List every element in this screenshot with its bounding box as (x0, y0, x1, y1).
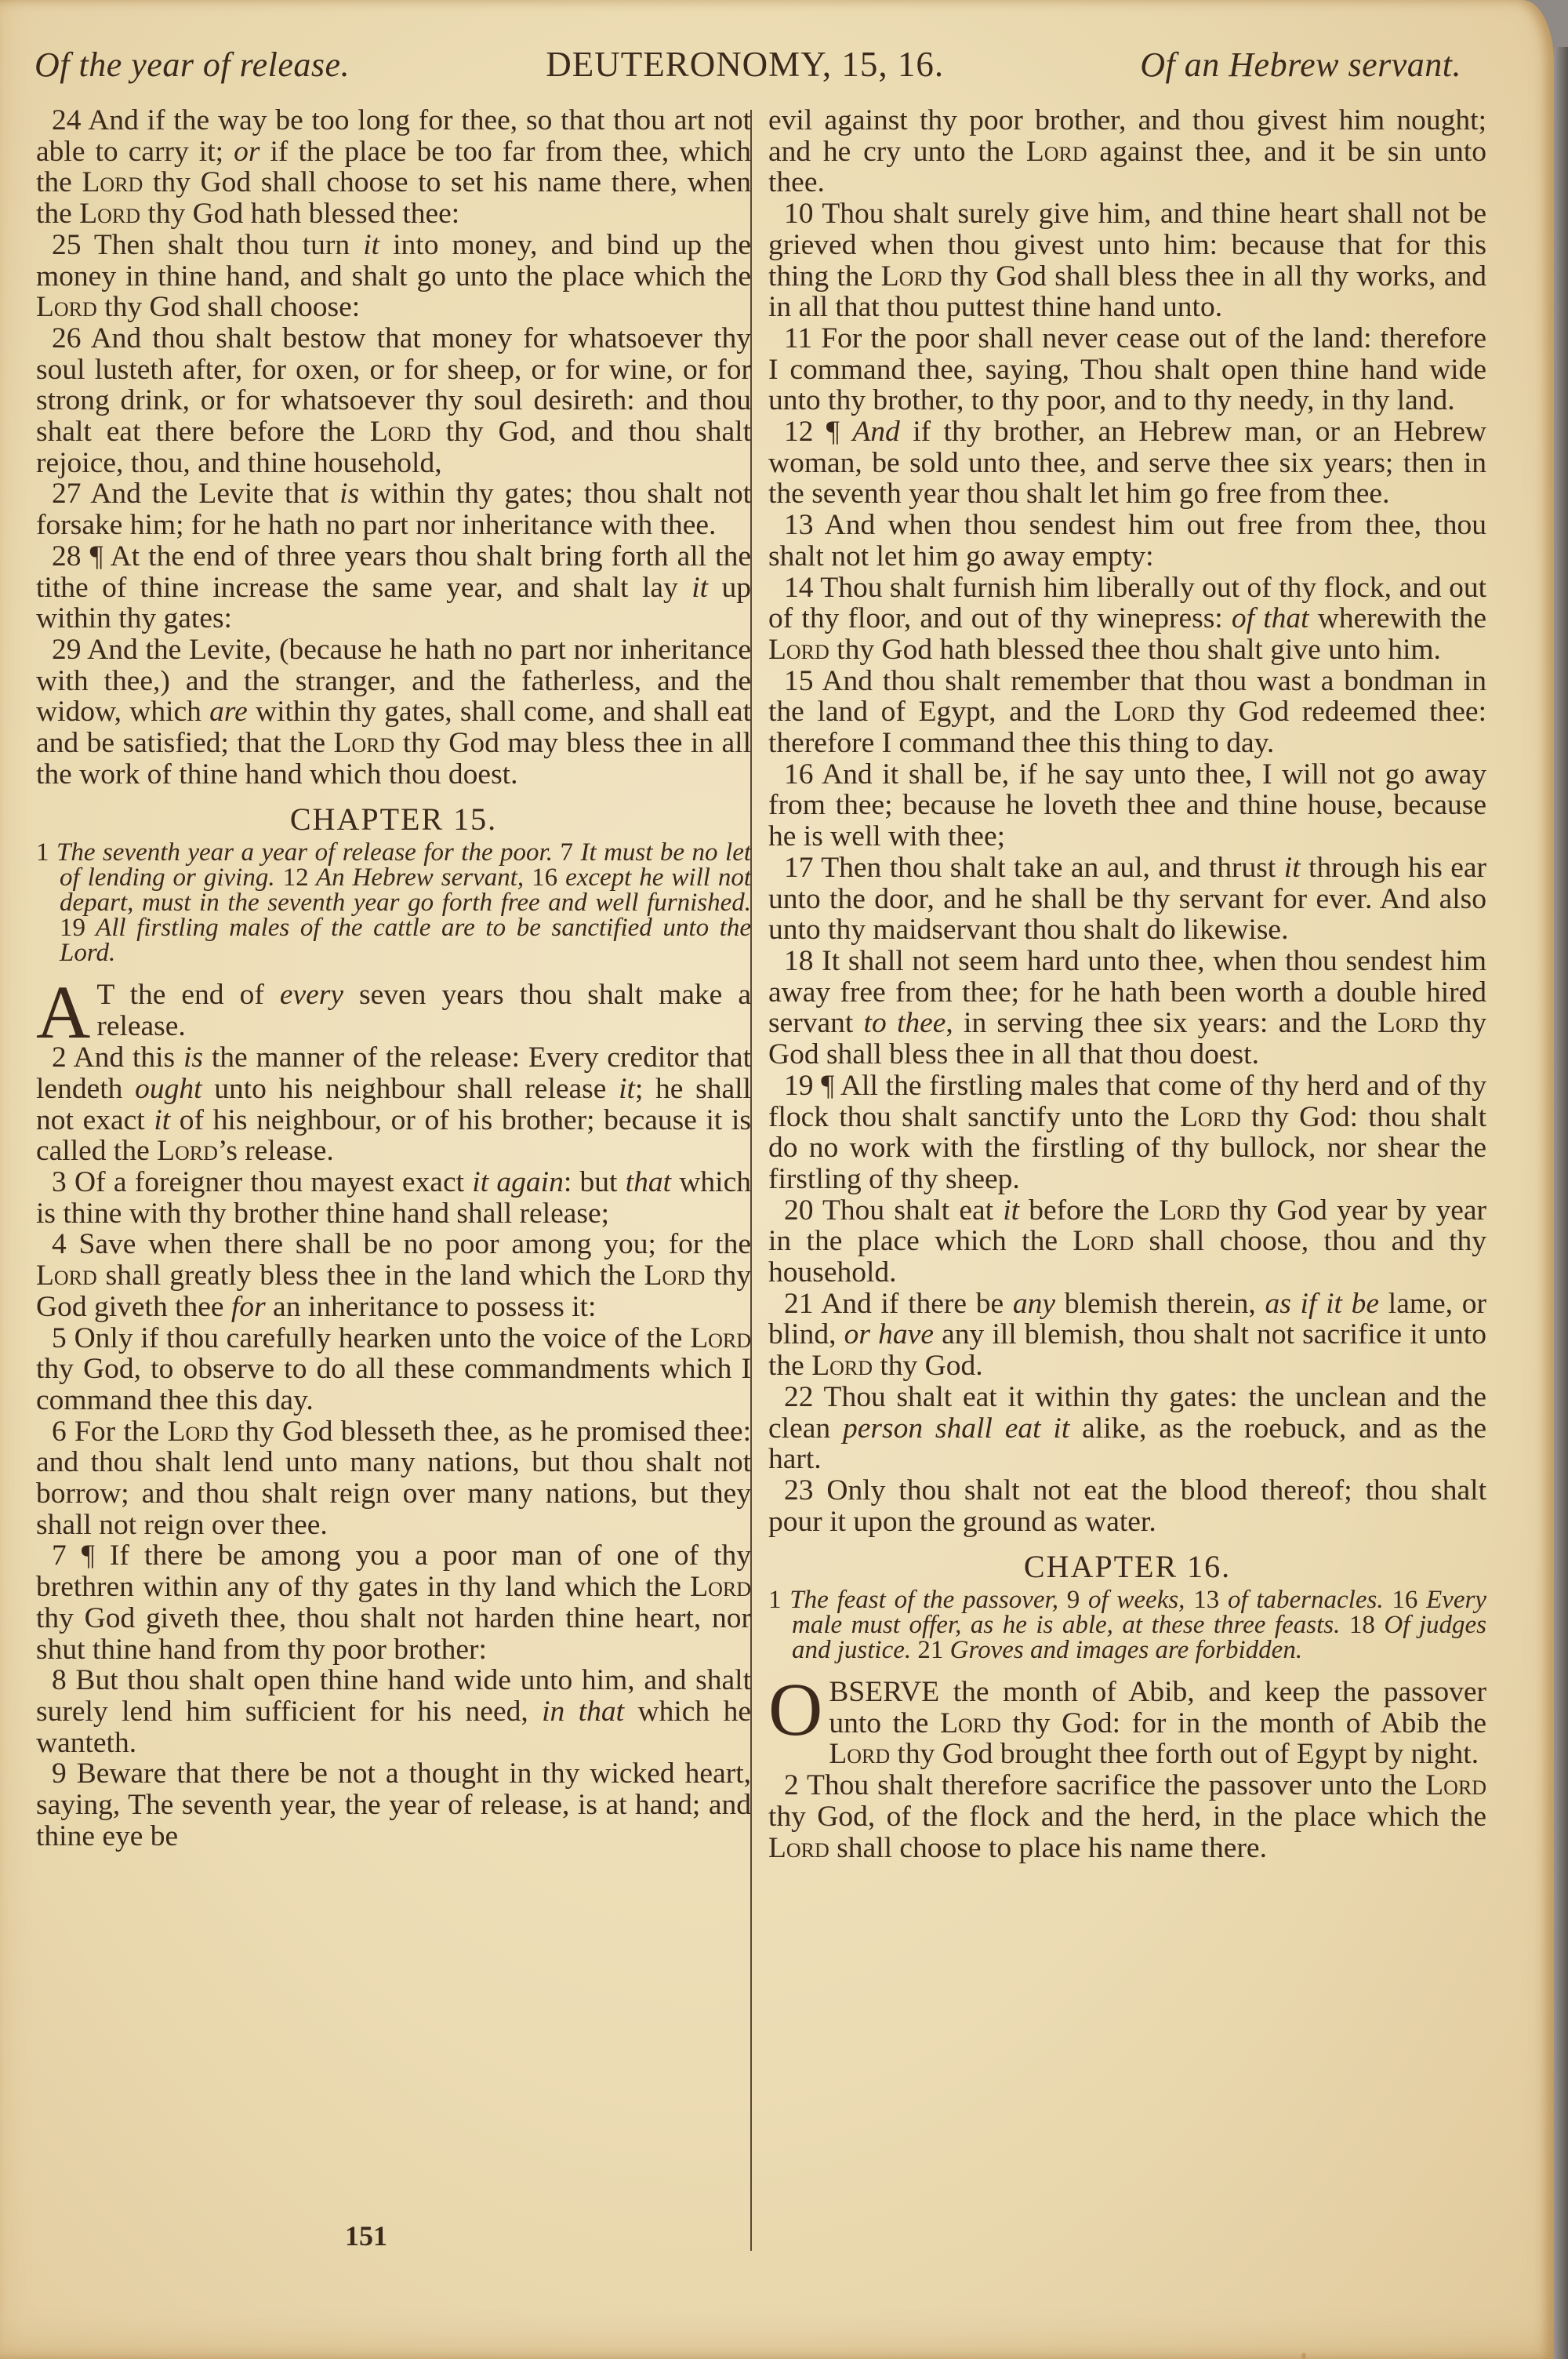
verse-15-9-continued: evil against thy poor brother, and thou … (768, 105, 1486, 198)
header-left: Of the year of release. (34, 45, 350, 85)
verse-15-14: 14 Thou shalt furnish him liberally out … (768, 572, 1486, 666)
right-column: evil against thy poor brother, and thou … (768, 105, 1486, 1863)
verse-14-25: 25 Then shalt thou turn it into money, a… (36, 230, 751, 323)
verse-14-29: 29 And the Levite, (because he hath no p… (36, 634, 751, 791)
verse-15-4: 4 Save when there shall be no poor among… (36, 1229, 751, 1322)
verse-14-24: 24 And if the way be too long for thee, … (36, 105, 751, 230)
verse-15-5: 5 Only if thou carefully hearken unto th… (36, 1323, 751, 1416)
paper-stain (1301, 2353, 1306, 2359)
verse-15-2: 2 And this is the manner of the release:… (36, 1042, 751, 1167)
verse-15-23: 23 Only thou shalt not eat the blood the… (768, 1475, 1486, 1537)
verse-15-18: 18 It shall not seem hard unto thee, whe… (768, 946, 1486, 1070)
verse-15-10: 10 Thou shalt surely give him, and thine… (768, 198, 1486, 323)
left-column: 24 And if the way be too long for thee, … (36, 105, 751, 1852)
drop-cap: A (36, 983, 96, 1042)
chapter-16-summary: 1 The feast of the passover, 9 of weeks,… (768, 1587, 1486, 1663)
verse-15-7: 7 ¶ If there be among you a poor man of … (36, 1540, 751, 1665)
verse-15-9: 9 Beware that there be not a thought in … (36, 1758, 751, 1852)
verse-15-20: 20 Thou shalt eat it before the Lord thy… (768, 1195, 1486, 1289)
chapter-15-heading: CHAPTER 15. (36, 804, 751, 835)
chapter-16-heading: CHAPTER 16. (768, 1551, 1486, 1583)
header-right: Of an Hebrew servant. (1140, 45, 1461, 85)
running-header: Of the year of release. DEUTERONOMY, 15,… (34, 44, 1461, 91)
verse-16-2: 2 Thou shalt therefore sacrifice the pas… (768, 1770, 1486, 1863)
verse-15-11: 11 For the poor shall never cease out of… (768, 323, 1486, 416)
verse-15-3: 3 Of a foreigner thou mayest exact it ag… (36, 1167, 751, 1229)
verse-15-8: 8 But thou shalt open thine hand wide un… (36, 1665, 751, 1758)
verse-16-1: OBSERVE the month of Abib, and keep the … (768, 1677, 1486, 1770)
verse-15-1: AT the end of every seven years thou sha… (36, 980, 751, 1041)
verse-15-13: 13 And when thou sendest him out free fr… (768, 510, 1486, 572)
verse-14-28: 28 ¶ At the end of three years thou shal… (36, 541, 751, 634)
verse-14-27: 27 And the Levite that is within thy gat… (36, 478, 751, 540)
verse-15-15: 15 And thou shalt remember that thou was… (768, 666, 1486, 759)
page-number: 151 (345, 2219, 387, 2252)
verse-14-26: 26 And thou shalt bestow that money for … (36, 323, 751, 479)
verse-15-21: 21 And if there be any blemish therein, … (768, 1289, 1486, 1382)
page-edge-shadow (1554, 47, 1568, 2359)
chapter-15-summary: 1 The seventh year a year of release for… (36, 840, 751, 965)
drop-cap: O (768, 1680, 829, 1739)
verse-15-6: 6 For the Lord thy God blesseth thee, as… (36, 1416, 751, 1541)
header-title: DEUTERONOMY, 15, 16. (546, 44, 944, 85)
bible-page: Of the year of release. DEUTERONOMY, 15,… (0, 0, 1554, 2359)
verse-15-19: 19 ¶ All the firstling males that come o… (768, 1070, 1486, 1195)
verse-15-17: 17 Then thou shalt take an aul, and thru… (768, 852, 1486, 946)
verse-15-22: 22 Thou shalt eat it within thy gates: t… (768, 1382, 1486, 1475)
verse-15-12: 12 ¶ And if thy brother, an Hebrew man, … (768, 416, 1486, 510)
verse-15-16: 16 And it shall be, if he say unto thee,… (768, 759, 1486, 852)
